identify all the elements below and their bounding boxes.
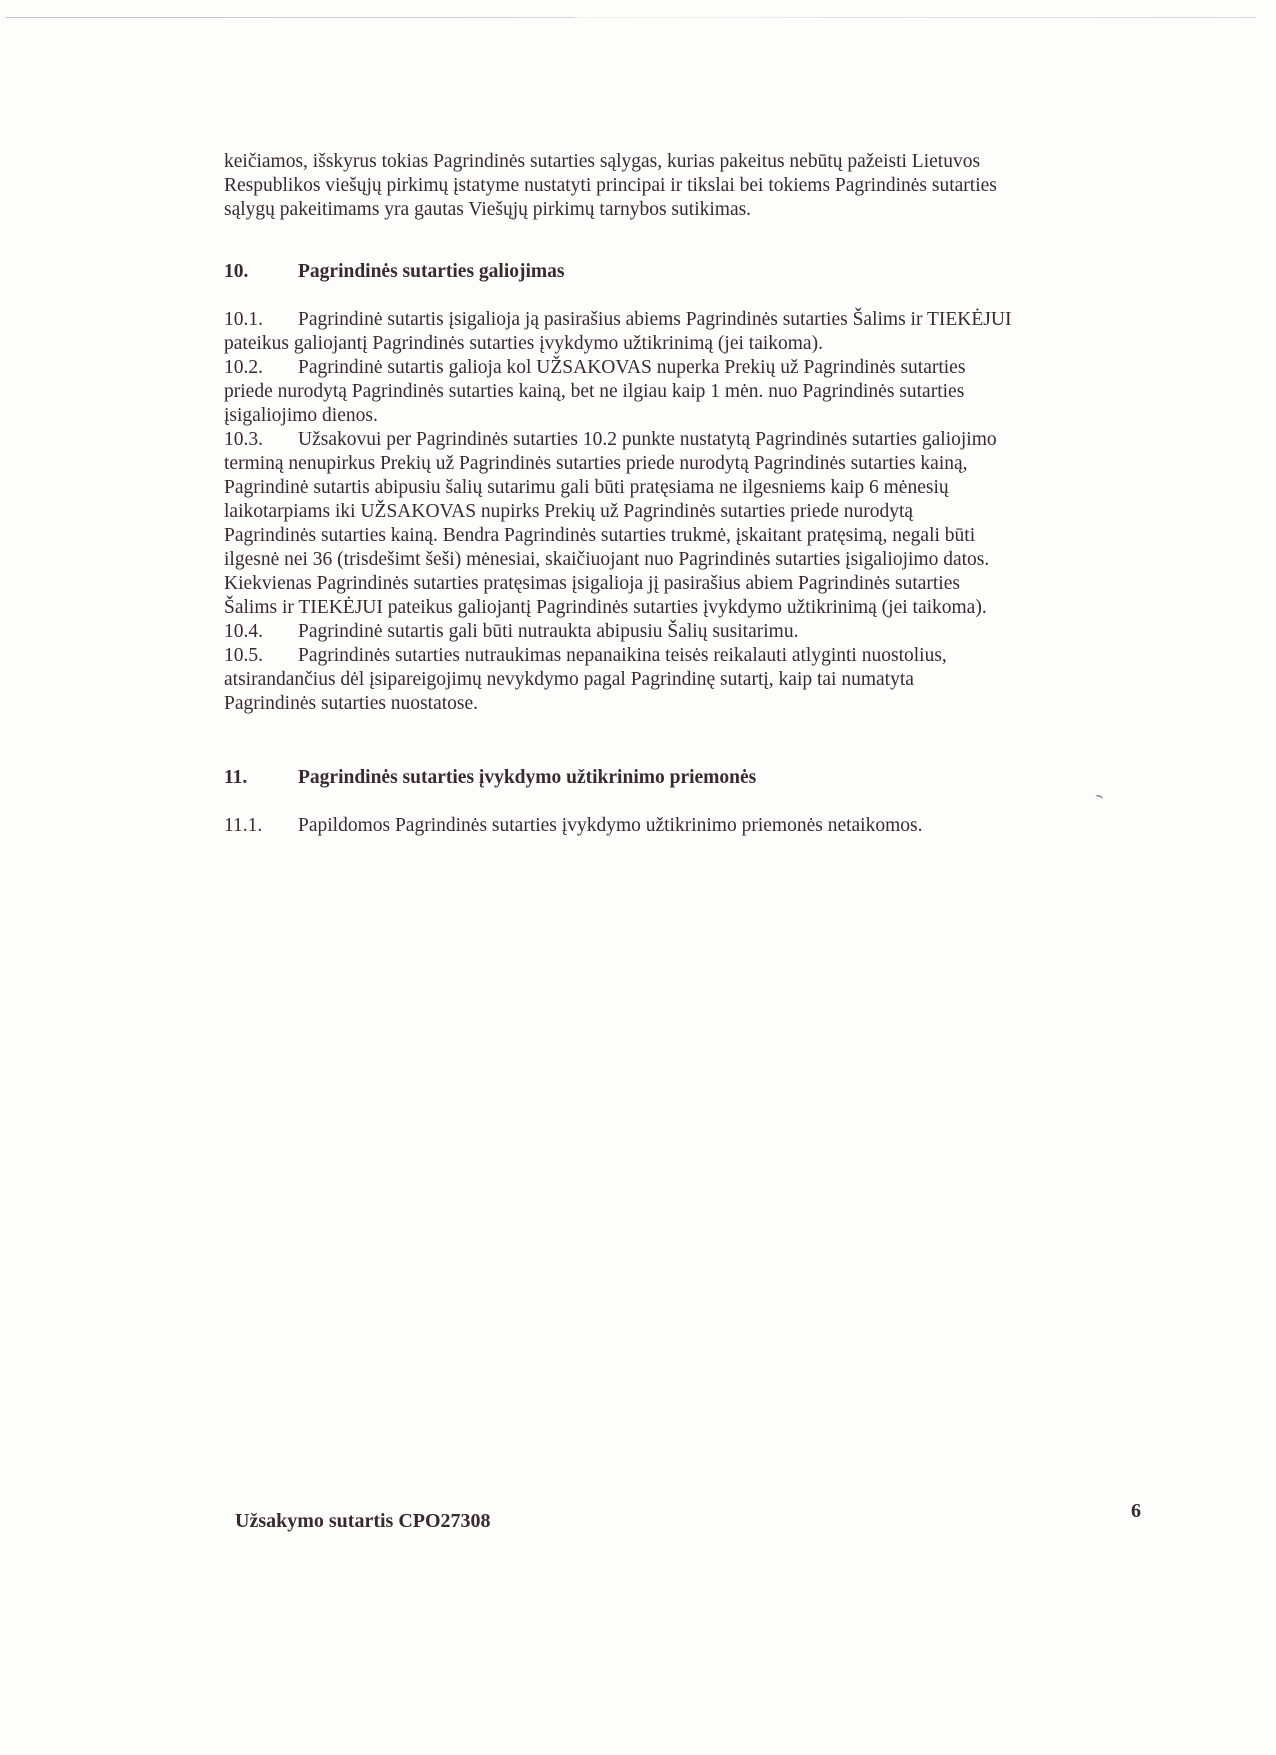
clause-number: 11.1. [224,814,298,838]
text-line: Respublikos viešųjų pirkimų įstatyme nus… [224,174,997,198]
intro-paragraph: keičiamos, išskyrus tokias Pagrindinės s… [224,150,997,222]
clause-10-3: 10.3.Užsakovui per Pagrindinės sutarties… [224,428,997,620]
clause-10-4: 10.4.Pagrindinė sutartis gali būti nutra… [224,620,798,644]
clause-number: 10.2. [224,356,298,380]
text-line: laikotarpiams iki UŽSAKOVAS nupirks Prek… [224,500,997,524]
text-line: Kiekvienas Pagrindinės sutarties pratęsi… [224,572,997,596]
text-line: terminą nenupirkus Prekių už Pagrindinės… [224,452,997,476]
section-title: Pagrindinės sutarties įvykdymo užtikrini… [298,767,756,788]
text-line: Pagrindinė sutartis gali būti nutraukta … [298,621,798,642]
text-line: Papildomos Pagrindinės sutarties įvykdym… [298,815,922,836]
section-10-heading: 10.Pagrindinės sutarties galiojimas [224,260,565,284]
text-line: Užsakovui per Pagrindinės sutarties 10.2… [298,429,997,450]
clause-10-5: 10.5.Pagrindinės sutarties nutraukimas n… [224,644,947,716]
text-line: Pagrindinė sutartis galioja kol UŽSAKOVA… [298,357,965,378]
text-line: Pagrindinės sutarties nuostatose. [224,692,947,716]
text-line: atsirandančius dėl įsipareigojimų nevykd… [224,668,947,692]
section-number: 10. [224,260,298,284]
clause-10-1: 10.1.Pagrindinė sutartis įsigalioja ją p… [224,308,1011,356]
text-line: keičiamos, išskyrus tokias Pagrindinės s… [224,150,997,174]
section-title: Pagrindinės sutarties galiojimas [298,261,565,282]
text-line: Šalims ir TIEKĖJUI pateikus galiojantį P… [224,596,997,620]
text-line: Pagrindinė sutartis įsigalioja ją pasira… [298,309,1011,330]
text-line: sąlygų pakeitimams yra gautas Viešųjų pi… [224,198,997,222]
text-line: Pagrindinės sutarties kainą. Bendra Pagr… [224,524,997,548]
text-line: priede nurodytą Pagrindinės sutarties ka… [224,380,965,404]
text-line: Pagrindinė sutartis abipusiu šalių sutar… [224,476,997,500]
text-line: Pagrindinės sutarties nutraukimas nepana… [298,645,947,666]
scan-edge-line [6,17,1256,18]
scan-speck [1094,794,1104,802]
clause-number: 10.1. [224,308,298,332]
text-line: pateikus galiojantį Pagrindinės sutartie… [224,332,1011,356]
footer-document-title: Užsakymo sutartis CPO27308 [235,1510,491,1533]
clause-10-2: 10.2.Pagrindinė sutartis galioja kol UŽS… [224,356,965,428]
text-line: įsigaliojimo dienos. [224,404,965,428]
page-number: 6 [1131,1500,1141,1523]
clause-number: 10.3. [224,428,298,452]
section-number: 11. [224,766,298,790]
section-11-heading: 11.Pagrindinės sutarties įvykdymo užtikr… [224,766,756,790]
clause-number: 10.5. [224,644,298,668]
text-line: ilgesnė nei 36 (trisdešimt šeši) mėnesia… [224,548,997,572]
clause-11-1: 11.1.Papildomos Pagrindinės sutarties įv… [224,814,922,838]
clause-number: 10.4. [224,620,298,644]
